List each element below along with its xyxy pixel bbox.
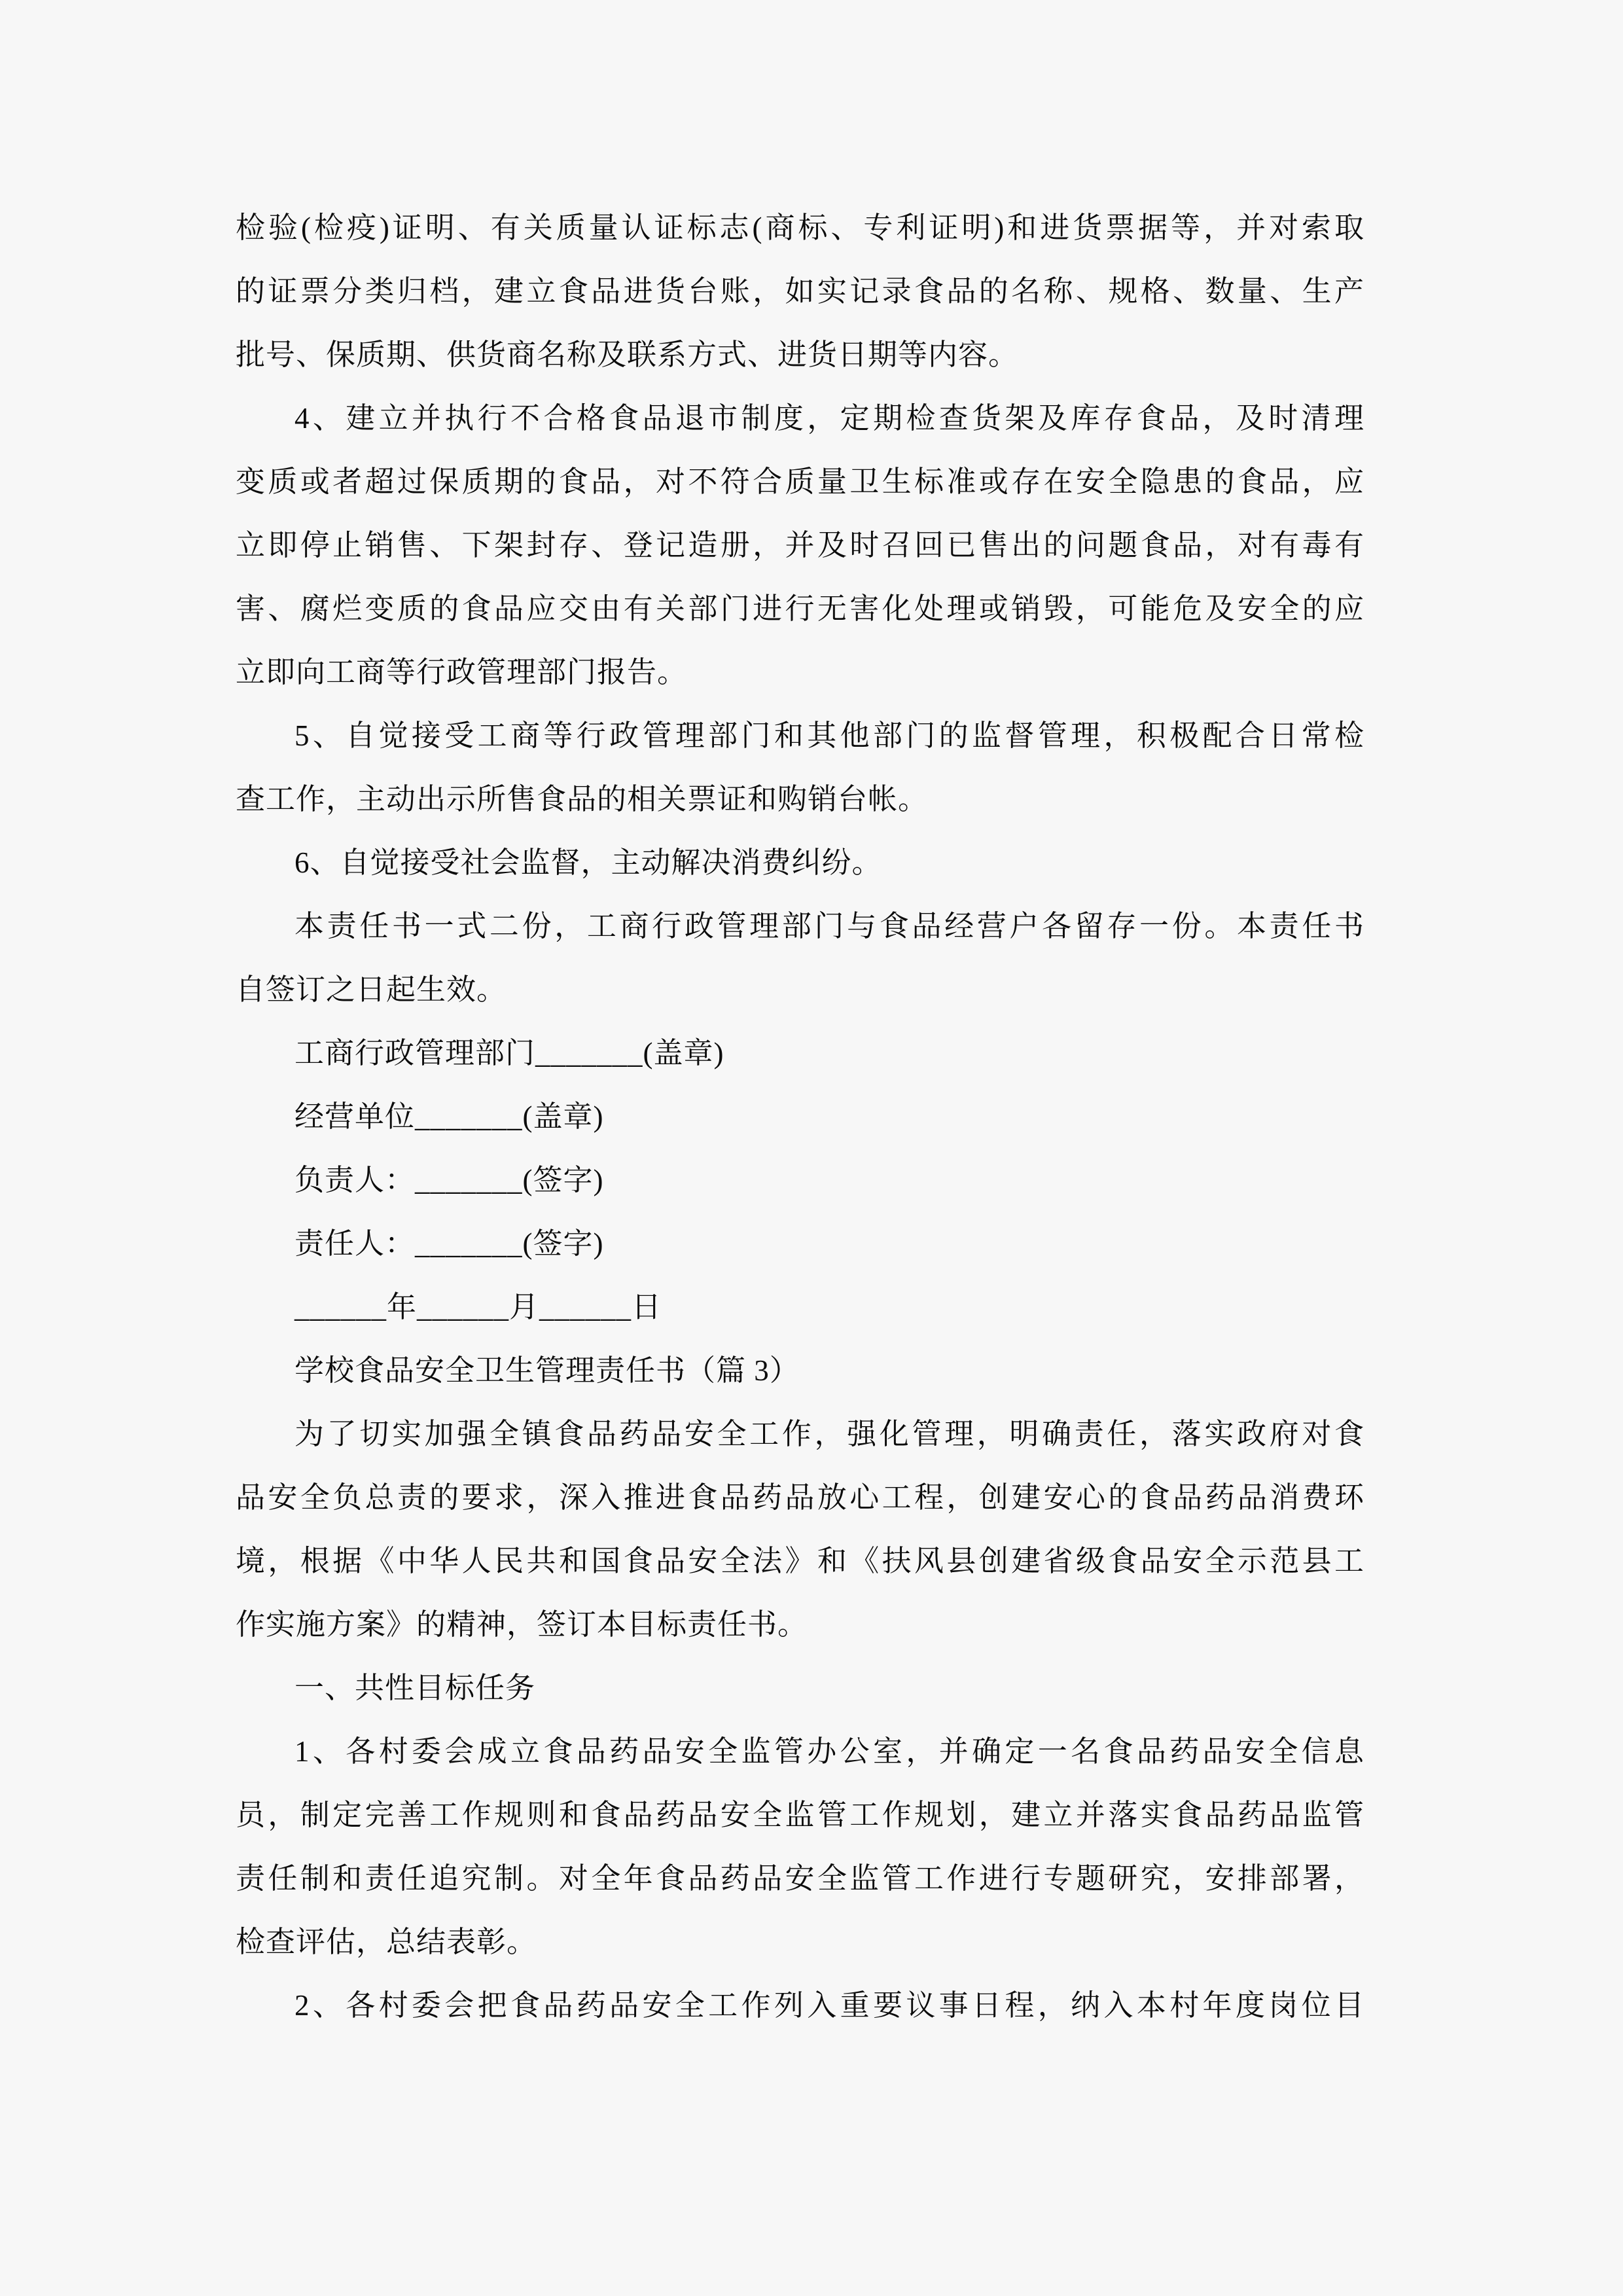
document-line: 1、各村委会成立食品药品安全监管办公室，并确定一名食品药品安全信息 [236, 1720, 1364, 1784]
document-line: 立即向工商等行政管理部门报告。 [236, 641, 1364, 704]
document-line: 批号、保质期、供货商名称及联系方式、进货日期等内容。 [236, 323, 1364, 387]
document-line: 变质或者超过保质期的食品，对不符合质量卫生标准或存在安全隐患的食品，应 [236, 450, 1364, 514]
document-line: 4、建立并执行不合格食品退市制度，定期检查货架及库存食品，及时清理 [236, 387, 1364, 450]
document-line: 为了切实加强全镇食品药品安全工作，强化管理，明确责任，落实政府对食 [236, 1403, 1364, 1466]
document-line: 品安全负总责的要求，深入推进食品药品放心工程，创建安心的食品药品消费环 [236, 1466, 1364, 1530]
document-line: 经营单位_______(盖章) [236, 1085, 1364, 1149]
document-page: 检验(检疫)证明、有关质量认证标志(商标、专利证明)和进货票据等，并对索取的证票… [0, 0, 1623, 2296]
document-line: 害、腐烂变质的食品应交由有关部门进行无害化处理或销毁，可能危及安全的应 [236, 577, 1364, 641]
document-line: 作实施方案》的精神，签订本目标责任书。 [236, 1593, 1364, 1657]
document-line: 本责任书一式二份，工商行政管理部门与食品经营户各留存一份。本责任书 [236, 895, 1364, 958]
document-line: 立即停止销售、下架封存、登记造册，并及时召回已售出的问题食品，对有毒有 [236, 514, 1364, 577]
document-line: 境，根据《中华人民共和国食品安全法》和《扶风县创建省级食品安全示范县工 [236, 1530, 1364, 1593]
document-text-block: 检验(检疫)证明、有关质量认证标志(商标、专利证明)和进货票据等，并对索取的证票… [236, 196, 1364, 2037]
document-line: 2、各村委会把食品药品安全工作列入重要议事日程，纳入本村年度岗位目 [236, 1974, 1364, 2037]
document-line: 的证票分类归档，建立食品进货台账，如实记录食品的名称、规格、数量、生产 [236, 260, 1364, 323]
document-line: 责任人：_______(签字) [236, 1212, 1364, 1276]
document-line: 责任制和责任追究制。对全年食品药品安全监管工作进行专题研究，安排部署， [236, 1847, 1364, 1910]
document-line: 学校食品安全卫生管理责任书（篇 3） [236, 1339, 1364, 1403]
document-line: 查工作，主动出示所售食品的相关票证和购销台帐。 [236, 768, 1364, 831]
document-line: 自签订之日起生效。 [236, 958, 1364, 1022]
document-line: 检验(检疫)证明、有关质量认证标志(商标、专利证明)和进货票据等，并对索取 [236, 196, 1364, 260]
document-line: 员，制定完善工作规则和食品药品安全监管工作规划，建立并落实食品药品监管 [236, 1784, 1364, 1847]
document-line: 一、共性目标任务 [236, 1657, 1364, 1720]
document-line: 检查评估，总结表彰。 [236, 1910, 1364, 1974]
document-line: 负责人：_______(签字) [236, 1149, 1364, 1212]
document-line: 工商行政管理部门_______(盖章) [236, 1022, 1364, 1085]
document-line: 5、自觉接受工商等行政管理部门和其他部门的监督管理，积极配合日常检 [236, 704, 1364, 768]
document-line: 6、自觉接受社会监督，主动解决消费纠纷。 [236, 831, 1364, 895]
document-line: ______年______月______日 [236, 1276, 1364, 1339]
